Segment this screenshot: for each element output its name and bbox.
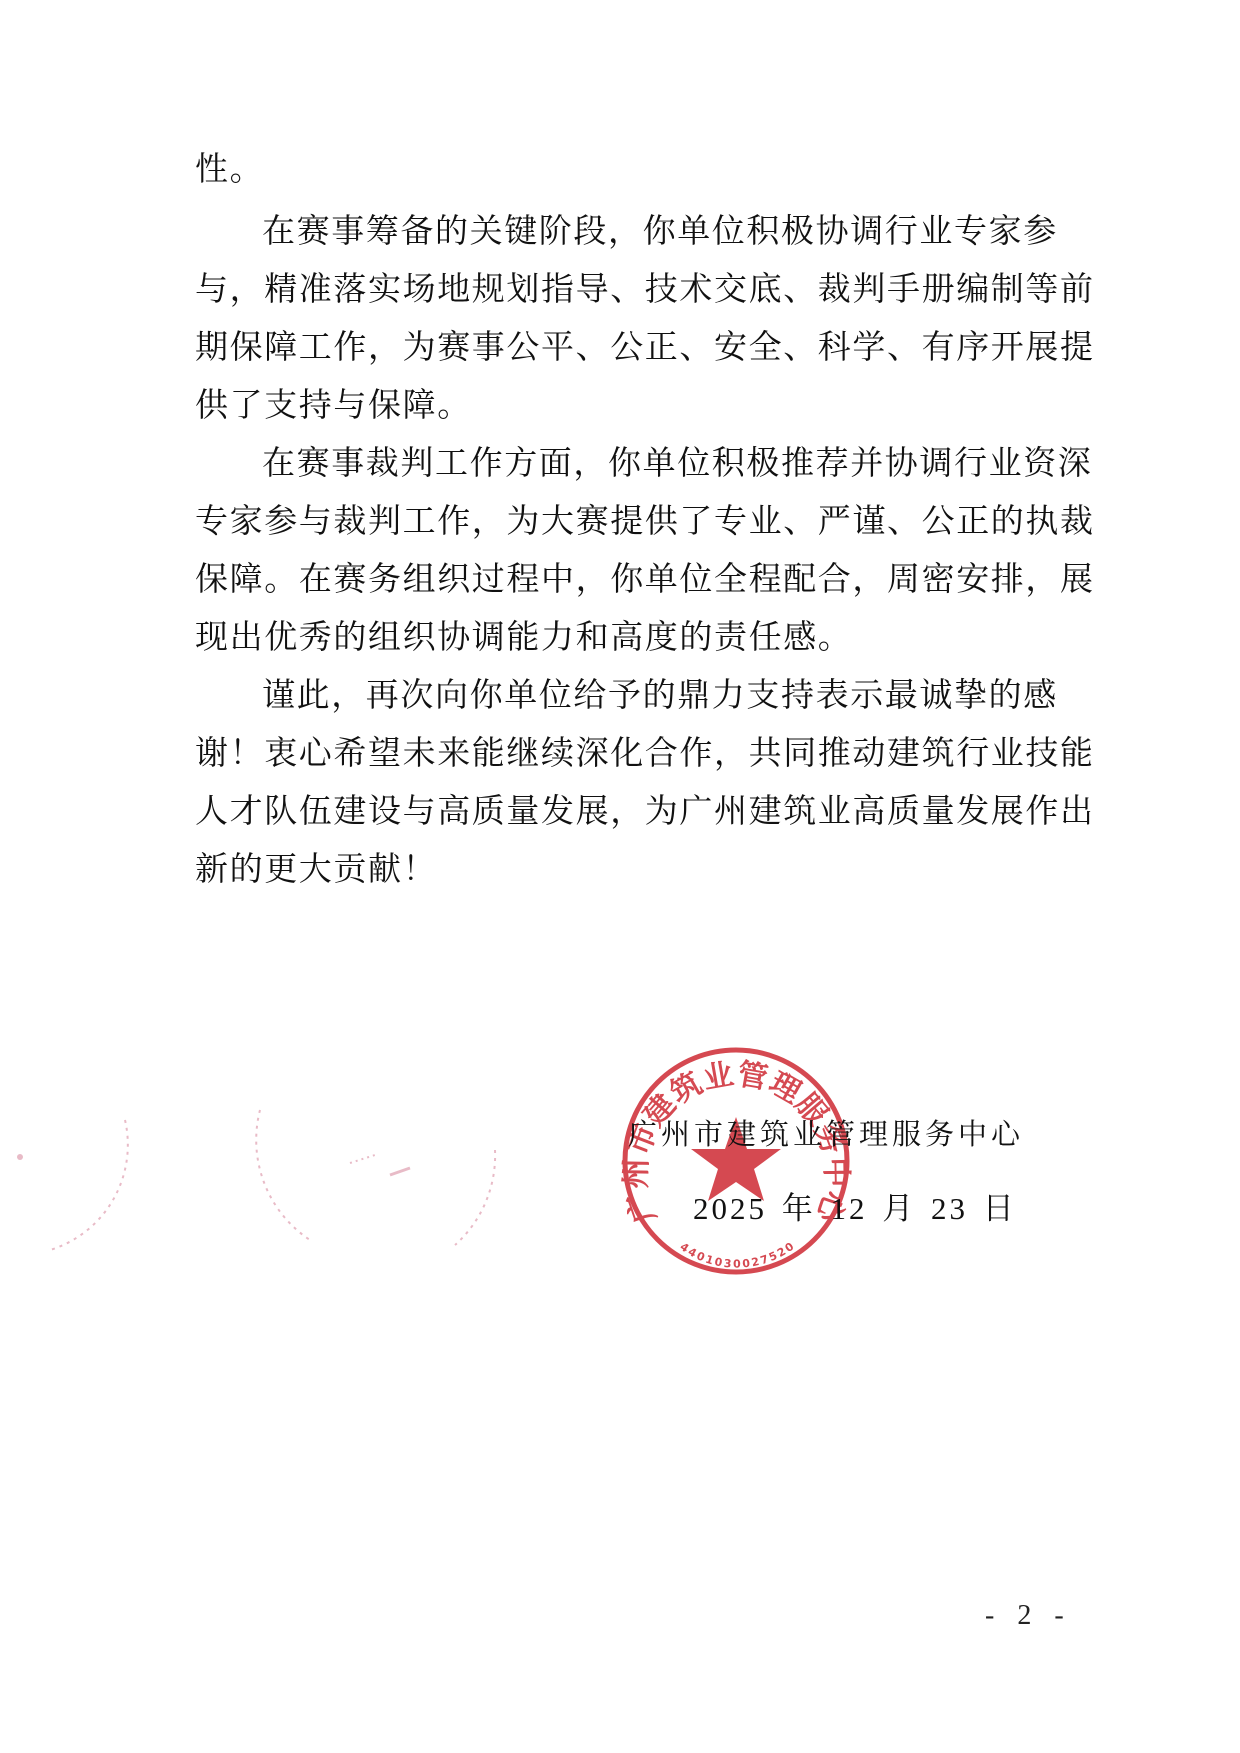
official-seal-icon: 广州市建筑业管理服务中心 4401030027520 (620, 1045, 852, 1277)
text-line: 人才队伍建设与高质量发展，为广州建筑业高质量发展作出 (195, 782, 1075, 840)
text-line: 保障。在赛务组织过程中，你单位全程配合，周密安排，展 (195, 550, 1075, 608)
faded-stamp-middle-icon (250, 1100, 500, 1250)
text-line-paragraph-start: 谨此，再次向你单位给予的鼎力支持表示最诚挚的感 (195, 666, 1075, 724)
faded-stamp-left-icon (0, 1050, 140, 1260)
text-line: 现出优秀的组织协调能力和高度的责任感。 (195, 608, 1075, 666)
issuer-signature: 广州市建筑业管理服务中心 (628, 1112, 1024, 1153)
text-line: 期保障工作，为赛事公平、公正、安全、科学、有序开展提 (195, 318, 1075, 376)
text-line: 专家参与裁判工作，为大赛提供了专业、严谨、公正的执裁 (195, 492, 1075, 550)
letter-body: 性。 在赛事筹备的关键阶段，你单位积极协调行业专家参 与，精准落实场地规划指导、… (195, 140, 1075, 898)
document-page: 性。 在赛事筹备的关键阶段，你单位积极协调行业专家参 与，精准落实场地规划指导、… (0, 0, 1240, 1753)
text-line: 供了支持与保障。 (195, 376, 1075, 434)
text-line-paragraph-start: 在赛事筹备的关键阶段，你单位积极协调行业专家参 (195, 202, 1075, 260)
page-number: - 2 - (985, 1600, 1072, 1632)
text-line: 与，精准落实场地规划指导、技术交底、裁判手册编制等前 (195, 260, 1075, 318)
issue-date: 2025 年 12 月 23 日 (693, 1183, 1017, 1228)
text-line-paragraph-start: 在赛事裁判工作方面，你单位积极推荐并协调行业资深 (195, 434, 1075, 492)
text-line: 性。 (195, 140, 1075, 198)
text-line: 谢！衷心希望未来能继续深化合作，共同推动建筑行业技能 (195, 724, 1075, 782)
text-line: 新的更大贡献！ (195, 840, 1075, 898)
